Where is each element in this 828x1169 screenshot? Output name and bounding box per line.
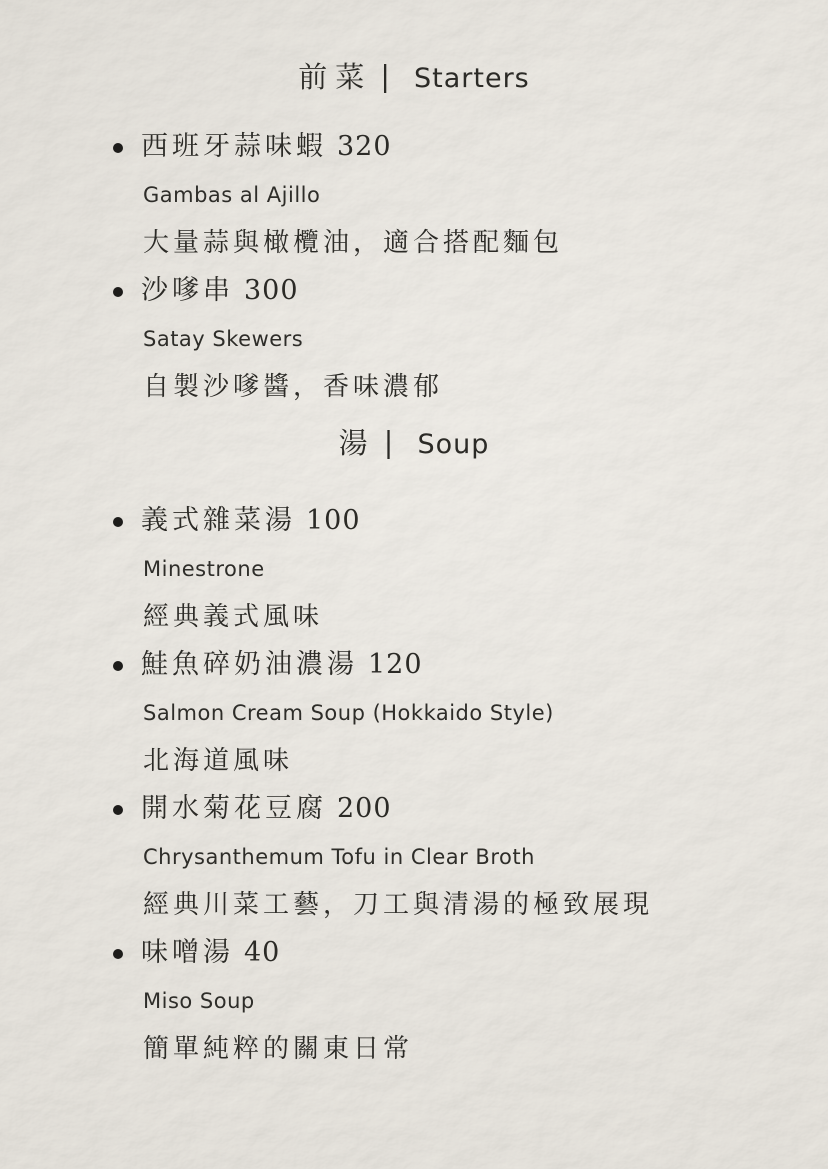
item-description: 經典川菜工藝，刀工與清湯的極致展現 — [113, 888, 788, 922]
menu-item-minestrone: 義式雜菜湯100 Minestrone 經典義式風味 — [113, 504, 788, 634]
item-name-row: 鮭魚碎奶油濃湯120 — [113, 648, 788, 682]
bullet-dot-icon — [113, 661, 123, 671]
item-description: 北海道風味 — [113, 744, 788, 778]
bullet-dot-icon — [113, 287, 123, 297]
item-name: 義式雜菜湯 — [141, 505, 296, 536]
heading-en: Starters — [414, 63, 530, 94]
item-name: 開水菊花豆腐 — [141, 793, 327, 824]
bullet-dot-icon — [113, 143, 123, 153]
item-name: 西班牙蒜味蝦 — [141, 131, 327, 162]
bullet-dot-icon — [113, 805, 123, 815]
item-price: 200 — [337, 793, 392, 824]
item-price: 40 — [244, 937, 280, 968]
menu-item-satay: 沙嗲串300 Satay Skewers 自製沙嗲醬，香味濃郁 — [113, 274, 788, 404]
heading-separator: | — [384, 421, 402, 463]
item-description: 自製沙嗲醬，香味濃郁 — [113, 370, 788, 404]
starters-items: 西班牙蒜味蝦320 Gambas al Ajillo 大量蒜與橄欖油，適合搭配麵… — [113, 130, 788, 404]
heading-separator: | — [380, 55, 398, 97]
menu-item-salmon-cream-soup: 鮭魚碎奶油濃湯120 Salmon Cream Soup (Hokkaido S… — [113, 648, 788, 778]
bullet-dot-icon — [113, 517, 123, 527]
item-description: 大量蒜與橄欖油，適合搭配麵包 — [113, 226, 788, 260]
item-name: 味噌湯 — [141, 937, 234, 968]
menu-item-miso-soup: 味噌湯40 Miso Soup 簡單純粹的關東日常 — [113, 936, 788, 1066]
item-name-en: Chrysanthemum Tofu in Clear Broth — [113, 840, 788, 874]
item-name-en: Salmon Cream Soup (Hokkaido Style) — [113, 696, 788, 730]
item-name-row: 西班牙蒜味蝦320 — [113, 130, 788, 164]
section-soup: 湯|Soup 義式雜菜湯100 Minestrone 經典義式風味 鮭魚碎奶油濃… — [0, 422, 828, 1066]
item-name-row: 開水菊花豆腐200 — [113, 792, 788, 826]
soup-items: 義式雜菜湯100 Minestrone 經典義式風味 鮭魚碎奶油濃湯120 Sa… — [113, 504, 788, 1066]
item-name-row: 沙嗲串300 — [113, 274, 788, 308]
menu-item-gambas: 西班牙蒜味蝦320 Gambas al Ajillo 大量蒜與橄欖油，適合搭配麵… — [113, 130, 788, 260]
section-starters: 前菜|Starters 西班牙蒜味蝦320 Gambas al Ajillo 大… — [0, 56, 828, 404]
menu-content: 前菜|Starters 西班牙蒜味蝦320 Gambas al Ajillo 大… — [0, 0, 828, 1066]
item-price: 120 — [368, 649, 423, 680]
item-name-row: 味噌湯40 — [113, 936, 788, 970]
item-name: 沙嗲串 — [141, 275, 234, 306]
menu-item-chrysanthemum-tofu: 開水菊花豆腐200 Chrysanthemum Tofu in Clear Br… — [113, 792, 788, 922]
item-name: 鮭魚碎奶油濃湯 — [141, 649, 358, 680]
item-price: 320 — [337, 131, 392, 162]
heading-zh: 湯 — [339, 426, 376, 460]
item-name-en: Minestrone — [113, 552, 788, 586]
section-heading-soup: 湯|Soup — [0, 422, 828, 466]
bullet-dot-icon — [113, 949, 123, 959]
item-description: 簡單純粹的關東日常 — [113, 1032, 788, 1066]
heading-en: Soup — [417, 429, 489, 460]
item-description: 經典義式風味 — [113, 600, 788, 634]
menu-page: 前菜|Starters 西班牙蒜味蝦320 Gambas al Ajillo 大… — [0, 0, 828, 1169]
heading-zh: 前菜 — [298, 60, 372, 94]
section-heading-starters: 前菜|Starters — [0, 56, 828, 100]
item-name-en: Miso Soup — [113, 984, 788, 1018]
item-name-en: Gambas al Ajillo — [113, 178, 788, 212]
item-name-en: Satay Skewers — [113, 322, 788, 356]
item-price: 300 — [244, 275, 299, 306]
item-price: 100 — [306, 505, 361, 536]
item-name-row: 義式雜菜湯100 — [113, 504, 788, 538]
